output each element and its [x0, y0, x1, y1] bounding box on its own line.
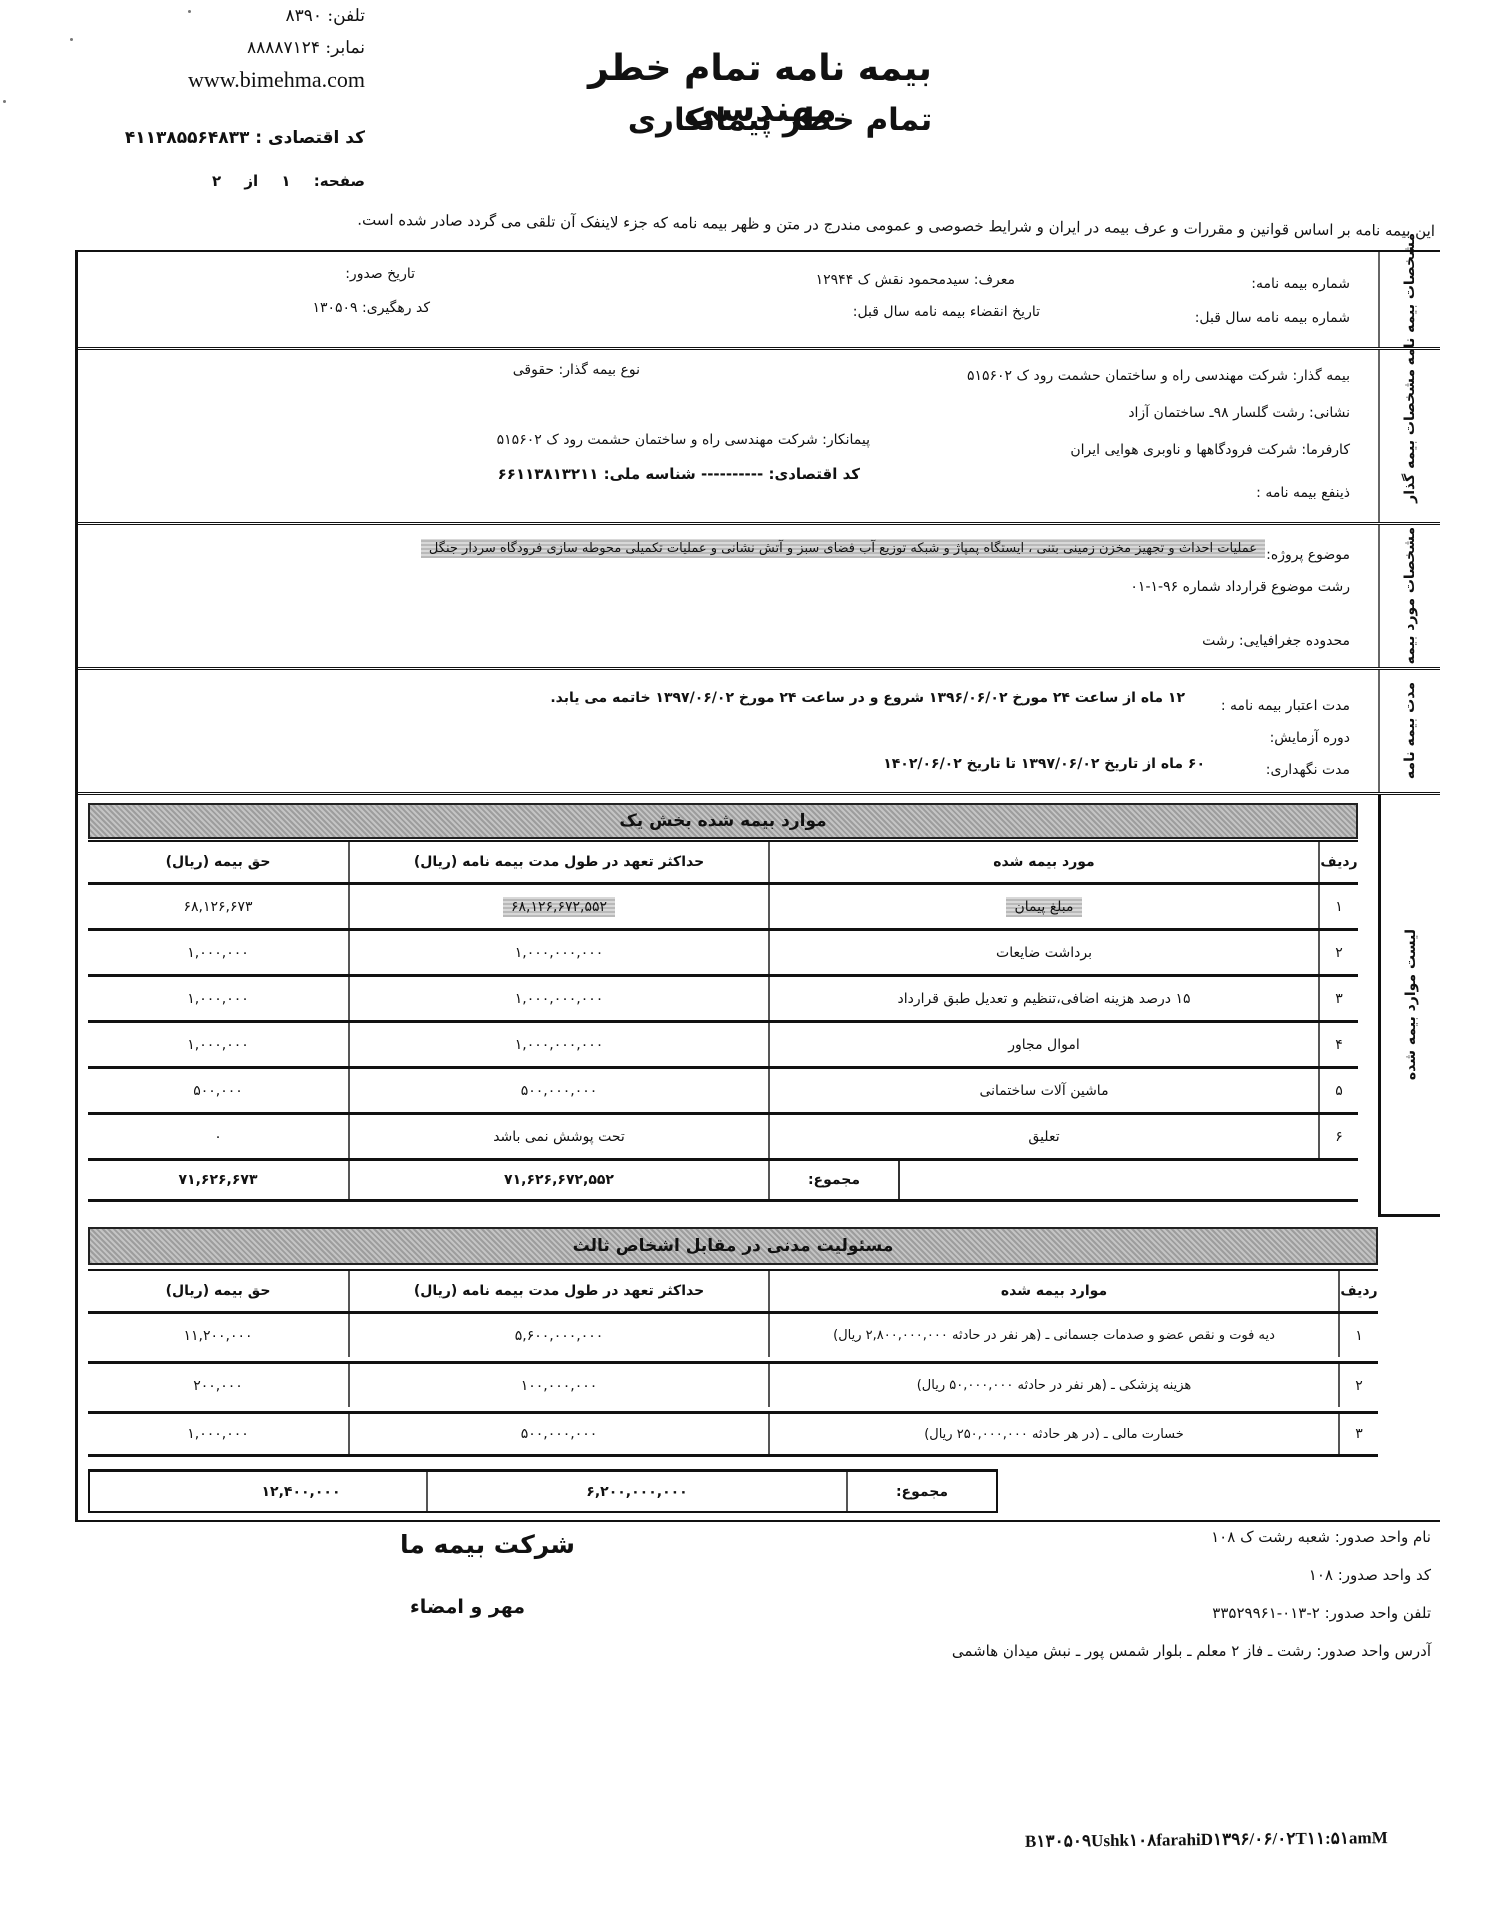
insured-list-label: لیست موارد بیمه شده: [1378, 795, 1440, 1217]
company-name: شرکت بیمه ما: [400, 1530, 575, 1559]
contractor: پیمانکار: شرکت مهندسی راه و ساختمان حشمت…: [497, 432, 870, 448]
previous-expiry-label: تاریخ انقضاء بیمه نامه سال قبل:: [853, 304, 1040, 320]
validity-label: مدت اعتبار بیمه نامه :: [1221, 698, 1350, 714]
header-item: مورد بیمه شده: [768, 842, 1318, 882]
document-subtitle: تمام خطر پیمانکاری: [600, 102, 960, 138]
page-number: صفحه: ۱ از ۲: [140, 172, 365, 190]
beneficiary-label: ذینفع بیمه نامه :: [1256, 485, 1350, 501]
table-row: ۵ ماشین آلات ساختمانی ۵۰۰,۰۰۰,۰۰۰ ۵۰۰,۰۰…: [88, 1066, 1358, 1112]
project-description: عملیات احداث و تجهیز مخزن زمینی بتنی ، ا…: [421, 539, 1265, 558]
total-label: مجموع:: [768, 1161, 898, 1199]
total-premium: ۱۲,۴۰۰,۰۰۰: [176, 1472, 426, 1511]
total-row: مجموع: ۶,۲۰۰,۰۰۰,۰۰۰ ۱۲,۴۰۰,۰۰۰: [88, 1469, 998, 1513]
seal-signature-label: مهر و امضاء: [410, 1596, 525, 1618]
scan-speck: [3, 100, 6, 103]
header-max: حداکثر تعهد در طول مدت بیمه نامه (ریال): [348, 842, 768, 882]
project-contract: رشت موضوع قرارداد شماره ۹۶-۱-۰۱: [1130, 579, 1350, 595]
table-row: ۱ دیه فوت و نقص عضو و صدمات جسمانی ـ (هر…: [88, 1311, 1378, 1357]
maintenance-label: مدت نگهداری:: [1266, 762, 1350, 778]
website-link[interactable]: www.bimehma.com: [95, 64, 365, 96]
insured-address: نشانی: رشت گلسار ۹۸ـ ساختمان آزاد: [1128, 405, 1350, 421]
previous-policy-label: شماره بیمه نامه سال قبل:: [1195, 310, 1350, 326]
project-label: موضوع پروژه:: [1266, 547, 1350, 563]
subject-section: مشخصات مورد بیمه موضوع پروژه: عملیات احد…: [78, 522, 1440, 667]
phone-number: تلفن: ۸۳۹۰: [95, 0, 365, 32]
table-header-row: ردیف موارد بیمه شده حداکثر تعهد در طول م…: [88, 1269, 1378, 1311]
maintenance-value: ۶۰ ماه از تاریخ ۱۳۹۷/۰۶/۰۲ تا تاریخ ۱۴۰۲…: [883, 756, 1205, 772]
policy-info-label: مشخصات بیمه نامه: [1378, 252, 1440, 347]
section-one-title: موارد بیمه شده بخش یک: [88, 803, 1358, 839]
scan-speck: [70, 38, 73, 41]
test-period-label: دوره آزمایش:: [1270, 730, 1350, 746]
table-header-row: ردیف مورد بیمه شده حداکثر تعهد در طول مد…: [88, 840, 1358, 882]
tracking-code: کد رهگیری: ۱۳۰۵۰۹: [312, 300, 430, 316]
section-one-table: ردیف مورد بیمه شده حداکثر تعهد در طول مد…: [88, 840, 1358, 1215]
issuer-info: نام واحد صدور: شعبه رشت ک ۱۰۸ کد واحد صد…: [731, 1518, 1431, 1670]
issuer-phone: تلفن واحد صدور: ۲-۰۱۳-۳۳۵۲۹۹۶۱: [731, 1594, 1431, 1632]
table-row: ۴ اموال مجاور ۱,۰۰۰,۰۰۰,۰۰۰ ۱,۰۰۰,۰۰۰: [88, 1020, 1358, 1066]
total-premium: ۷۱,۶۲۶,۶۷۳: [88, 1161, 348, 1199]
fax-number: نمابر: ۸۸۸۸۷۱۲۴: [95, 32, 365, 64]
policy-info-section: مشخصات بیمه نامه شماره بیمه نامه: شماره …: [78, 252, 1440, 347]
period-section: مدت بیمه نامه مدت اعتبار بیمه نامه : ۱۲ …: [78, 667, 1440, 792]
economic-code: کد اقتصادی : ۴۱۱۳۸۵۵۶۴۸۳۳: [60, 128, 365, 148]
policy-frame: مشخصات بیمه نامه شماره بیمه نامه: شماره …: [75, 250, 1440, 1522]
total-label: مجموع:: [846, 1472, 996, 1511]
issue-date-label: تاریخ صدور:: [345, 266, 415, 282]
table-row: ۳ ۱۵ درصد هزینه اضافی،تنظیم و تعدیل طبق …: [88, 974, 1358, 1020]
insured-type: نوع بیمه گذار: حقوقی: [513, 362, 640, 378]
insured-name: بیمه گذار: شرکت مهندسی راه و ساختمان حشم…: [967, 368, 1350, 384]
insured-info-label: مشخصات بیمه گذار: [1378, 350, 1440, 522]
issuer-name: نام واحد صدور: شعبه رشت ک ۱۰۸: [731, 1518, 1431, 1556]
liability-section: مسئولیت مدنی در مقابل اشخاص ثالث ردیف مو…: [78, 1217, 1440, 1522]
section-two-table: ردیف موارد بیمه شده حداکثر تعهد در طول م…: [88, 1269, 1378, 1519]
table-row: ۱ مبلغ پیمان ۶۸,۱۲۶,۶۷۲,۵۵۲ ۶۸,۱۲۶,۶۷۳: [88, 882, 1358, 928]
table-row: ۳ خسارت مالی ـ (در هر حادثه ۲۵۰,۰۰۰,۰۰۰ …: [88, 1411, 1378, 1457]
table-row: ۲ هزینه پزشکی ـ (هر نفر در حادثه ۵۰,۰۰۰,…: [88, 1361, 1378, 1407]
geographic-area: محدوده جغرافیایی: رشت: [1202, 633, 1350, 649]
header-idx: ردیف: [1318, 842, 1358, 882]
insured-items-section: لیست موارد بیمه شده موارد بیمه شده بخش ی…: [78, 792, 1440, 1217]
policy-number-label: شماره بیمه نامه:: [1251, 276, 1350, 292]
total-max: ۷۱,۶۲۶,۶۷۲,۵۵۲: [348, 1161, 768, 1199]
section-two-title: مسئولیت مدنی در مقابل اشخاص ثالث: [88, 1227, 1378, 1265]
subject-label: مشخصات مورد بیمه: [1378, 525, 1440, 667]
table-row: ۲ برداشت ضایعات ۱,۰۰۰,۰۰۰,۰۰۰ ۱,۰۰۰,۰۰۰: [88, 928, 1358, 974]
preamble-text: این بیمه نامه بر اساس قوانین و مقررات و …: [85, 208, 1435, 240]
employer: کارفرما: شرکت فرودگاهها و ناوبری هوایی ا…: [1070, 442, 1350, 458]
period-label: مدت بیمه نامه: [1378, 670, 1440, 792]
scan-speck: [188, 10, 191, 13]
issuer-address: آدرس واحد صدور: رشت ـ فاز ۲ معلم ـ بلوار…: [731, 1632, 1431, 1670]
trace-code: B۱۳۰۵۰۹Ushk۱۰۸farahiD۱۳۹۶/۰۶/۰۲T۱۱:۵۱amM: [1025, 1828, 1388, 1852]
validity-value: ۱۲ ماه از ساعت ۲۴ مورخ ۱۳۹۶/۰۶/۰۲ شروع و…: [550, 690, 1185, 706]
total-max: ۶,۲۰۰,۰۰۰,۰۰۰: [426, 1472, 846, 1511]
table-row: ۶ تعلیق تحت پوشش نمی باشد ۰: [88, 1112, 1358, 1158]
national-id: کد اقتصادی: ---------- شناسه ملی: ۶۶۱۱۳۸…: [498, 465, 860, 483]
contact-block: تلفن: ۸۳۹۰ نمابر: ۸۸۸۸۷۱۲۴ www.bimehma.c…: [95, 0, 365, 96]
header-premium: حق بیمه (ریال): [88, 842, 348, 882]
issuer-code: کد واحد صدور: ۱۰۸: [731, 1556, 1431, 1594]
introducer: معرف: سیدمحمود نقش ک ۱۲۹۴۴: [816, 272, 1015, 288]
insured-info-section: مشخصات بیمه گذار بیمه گذار: شرکت مهندسی …: [78, 347, 1440, 522]
total-row: مجموع: ۷۱,۶۲۶,۶۷۲,۵۵۲ ۷۱,۶۲۶,۶۷۳: [88, 1158, 1358, 1202]
